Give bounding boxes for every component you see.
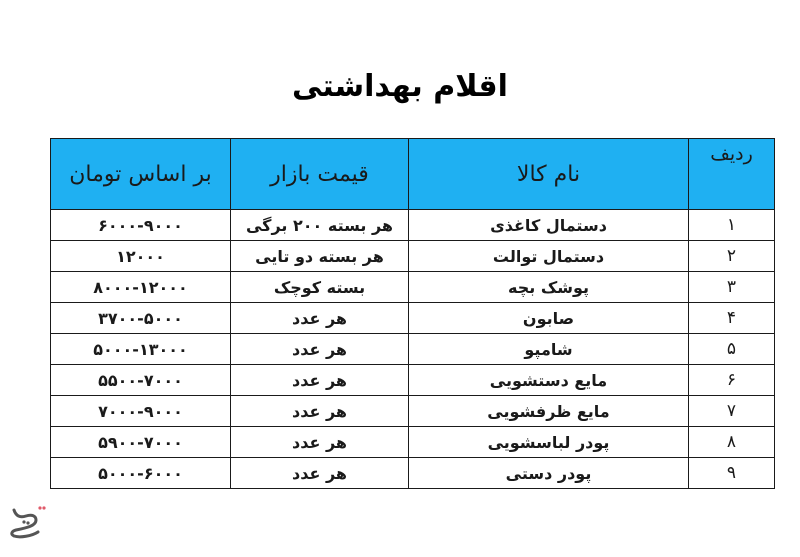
item-price: ۵۹۰۰-۷۰۰۰ (51, 427, 231, 458)
item-price: ۵۰۰۰-۱۳۰۰۰ (51, 334, 231, 365)
item-name: شامپو (409, 334, 689, 365)
item-unit: بسته کوچک (231, 272, 409, 303)
hygiene-items-table: ردیف نام کالا قیمت بازار بر اساس تومان ۱… (50, 138, 775, 489)
item-name: پودر لباسشویی (409, 427, 689, 458)
row-number: ۷ (689, 396, 775, 427)
row-number: ۶ (689, 365, 775, 396)
item-price: ۶۰۰۰-۹۰۰۰ (51, 210, 231, 241)
item-unit: هر بسته دو تایی (231, 241, 409, 272)
header-toman: بر اساس تومان (51, 139, 231, 210)
header-item-name: نام کالا (409, 139, 689, 210)
table-row: ۶ مایع دستشویی هر عدد ۵۵۰۰-۷۰۰۰ (51, 365, 775, 396)
table-header-row: ردیف نام کالا قیمت بازار بر اساس تومان (51, 139, 775, 210)
item-name: پوشک بچه (409, 272, 689, 303)
item-name: مایع ظرفشویی (409, 396, 689, 427)
row-number: ۱ (689, 210, 775, 241)
tasnim-logo-icon (6, 502, 50, 542)
row-number: ۴ (689, 303, 775, 334)
item-unit: هر عدد (231, 427, 409, 458)
row-number: ۹ (689, 458, 775, 489)
item-name: مایع دستشویی (409, 365, 689, 396)
row-number: ۵ (689, 334, 775, 365)
item-price: ۱۲۰۰۰ (51, 241, 231, 272)
item-unit: هر عدد (231, 365, 409, 396)
table-row: ۳ پوشک بچه بسته کوچک ۸۰۰۰-۱۲۰۰۰ (51, 272, 775, 303)
table-row: ۱ دستمال کاغذی هر بسته ۲۰۰ برگی ۶۰۰۰-۹۰۰… (51, 210, 775, 241)
item-price: ۵۰۰۰-۶۰۰۰ (51, 458, 231, 489)
item-unit: هر عدد (231, 458, 409, 489)
table-row: ۲ دستمال توالت هر بسته دو تایی ۱۲۰۰۰ (51, 241, 775, 272)
table-row: ۷ مایع ظرفشویی هر عدد ۷۰۰۰-۹۰۰۰ (51, 396, 775, 427)
item-name: صابون (409, 303, 689, 334)
page-title: اقلام بهداشتی (0, 62, 800, 112)
table-row: ۵ شامپو هر عدد ۵۰۰۰-۱۳۰۰۰ (51, 334, 775, 365)
item-unit: هر بسته ۲۰۰ برگی (231, 210, 409, 241)
item-unit: هر عدد (231, 396, 409, 427)
item-price: ۳۷۰۰-۵۰۰۰ (51, 303, 231, 334)
row-number: ۳ (689, 272, 775, 303)
item-unit: هر عدد (231, 303, 409, 334)
item-name: دستمال توالت (409, 241, 689, 272)
row-number: ۸ (689, 427, 775, 458)
item-price: ۸۰۰۰-۱۲۰۰۰ (51, 272, 231, 303)
item-price: ۷۰۰۰-۹۰۰۰ (51, 396, 231, 427)
row-number: ۲ (689, 241, 775, 272)
table-row: ۴ صابون هر عدد ۳۷۰۰-۵۰۰۰ (51, 303, 775, 334)
item-unit: هر عدد (231, 334, 409, 365)
table-row: ۹ پودر دستی هر عدد ۵۰۰۰-۶۰۰۰ (51, 458, 775, 489)
item-name: پودر دستی (409, 458, 689, 489)
item-name: دستمال کاغذی (409, 210, 689, 241)
item-price: ۵۵۰۰-۷۰۰۰ (51, 365, 231, 396)
table-row: ۸ پودر لباسشویی هر عدد ۵۹۰۰-۷۰۰۰ (51, 427, 775, 458)
header-row-number: ردیف (689, 139, 775, 210)
header-market-price: قیمت بازار (231, 139, 409, 210)
